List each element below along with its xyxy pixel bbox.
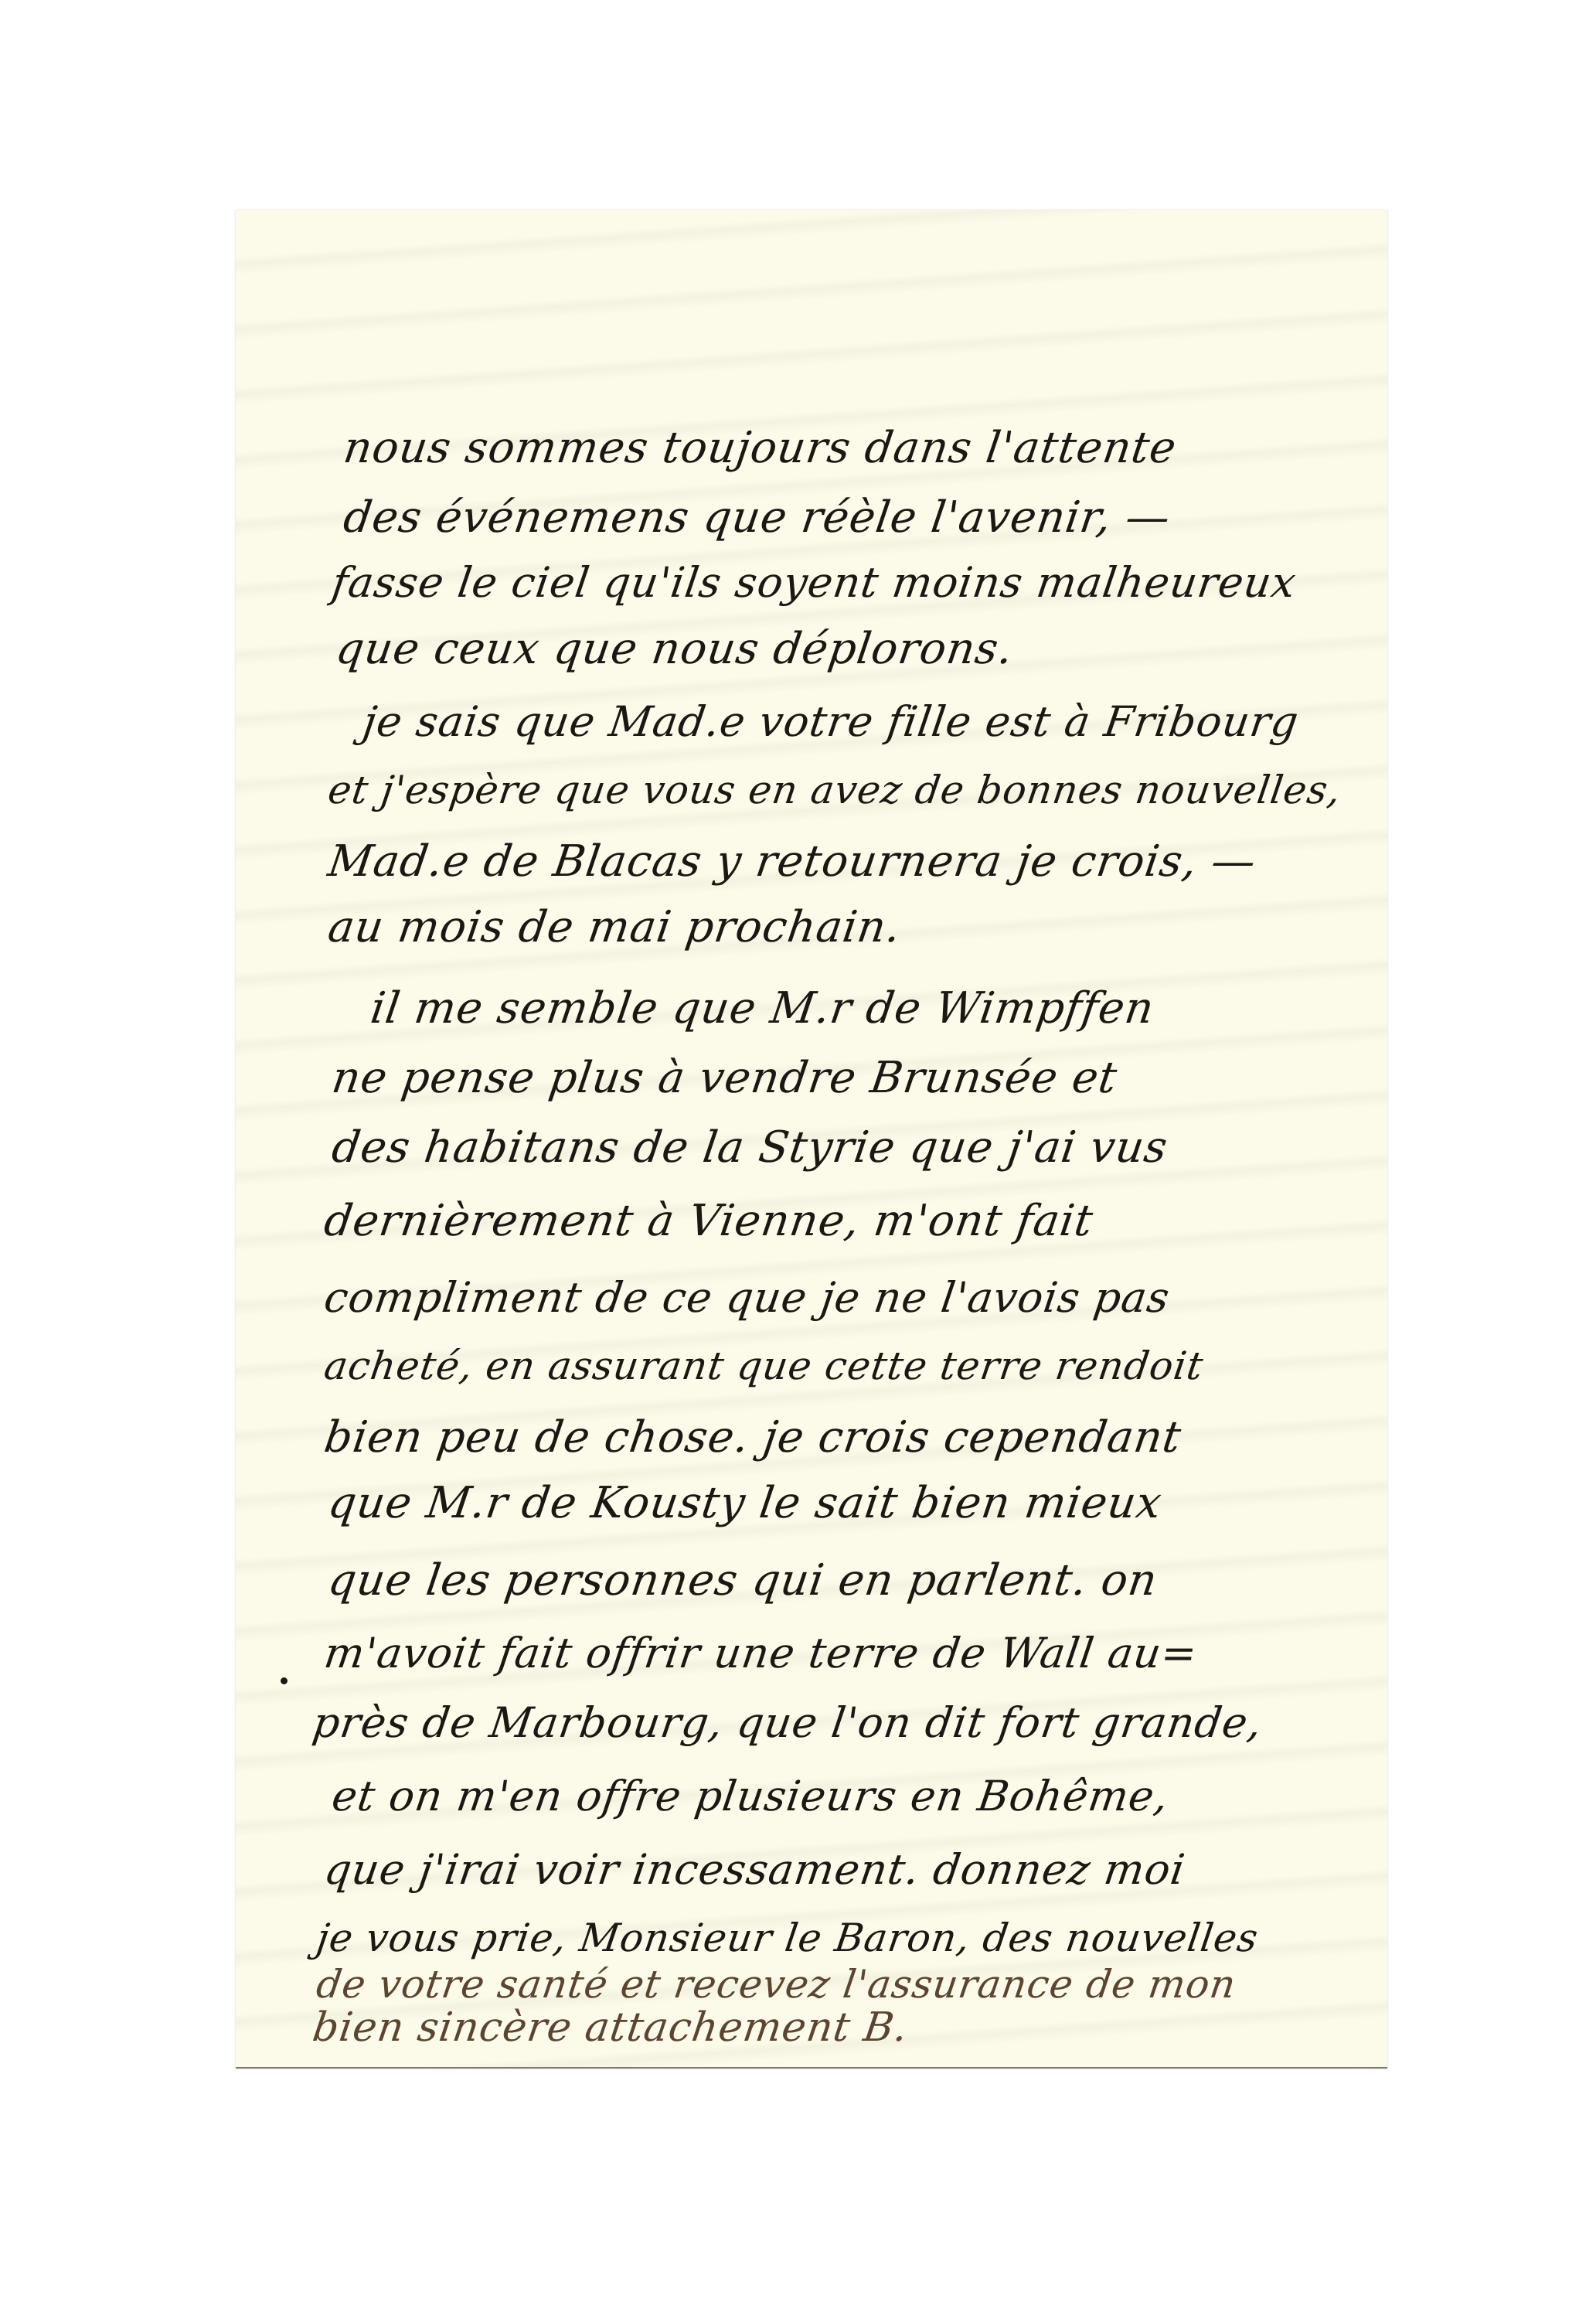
letter-line-2: des événemens que réèle l'avenir, — (341, 496, 1173, 540)
letter-line-10: ne pense plus à vendre Brunsée et (329, 1057, 1120, 1100)
letter-closing-signature: bien sincère attachement B. (310, 2007, 910, 2048)
letter-line-18: m'avoit fait offrir une terre de Wall au… (322, 1633, 1200, 1674)
letter-line-23: de votre santé et recevez l'assurance de… (314, 1965, 1238, 2004)
letter-line-7: Mad.e de Blacas y retournera je crois, — (325, 840, 1259, 884)
letter-line-22: je vous prie, Monsieur le Baron, des nou… (314, 1919, 1261, 1957)
letter-line-11: des habitans de la Styrie que j'ai vus (329, 1126, 1170, 1170)
letter-line-19: près de Marbourg, que l'on dit fort gran… (310, 1702, 1264, 1744)
letter-line-13: compliment de ce que je ne l'avois pas (322, 1277, 1172, 1319)
letter-line-15: bien peu de chose. je crois cependant (322, 1416, 1184, 1459)
letter-line-8: au mois de mai prochain. (325, 906, 903, 949)
letter-line-4: que ceux que nous déplorons. (333, 628, 1016, 671)
letter-line-12: dernièrement à Vienne, m'ont fait (322, 1200, 1096, 1243)
letter-line-16: que M.r de Kousty le sait bien mieux (325, 1482, 1165, 1525)
letter-line-14: acheté, en assurant que cette terre rend… (322, 1347, 1206, 1385)
ink-dot (281, 1677, 288, 1684)
letter-line-6: et j'espère que vous en avez de bonnes n… (325, 771, 1343, 809)
letter-page: nous sommes toujours dans l'attente des … (236, 210, 1387, 2069)
letter-line-5: je sais que Mad.e votre fille est à Frib… (360, 701, 1302, 743)
letter-line-3: fasse le ciel qu'ils soyent moins malheu… (329, 562, 1298, 604)
letter-line-17: que les personnes qui en parlent. on (325, 1559, 1160, 1602)
letter-line-20: et on m'en offre plusieurs en Bohême, (329, 1776, 1171, 1817)
letter-line-9: il me semble que M.r de Wimpffen (368, 987, 1157, 1030)
letter-line-21: que j'irai voir incessament. donnez moi (322, 1849, 1188, 1891)
letter-line-1: nous sommes toujours dans l'attente (341, 427, 1179, 470)
